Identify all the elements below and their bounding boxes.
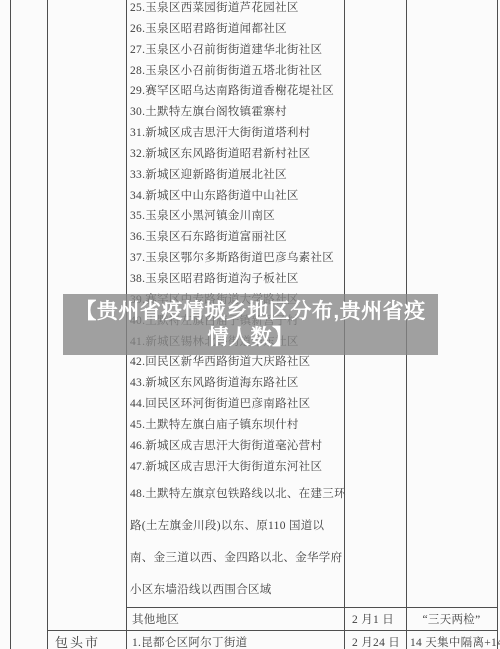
area-list-item: 47.新城区成吉思汗大街街道东河社区 [130, 457, 346, 478]
area-list-item: 31.新城区成吉思汗大街街道塔利村 [130, 123, 346, 144]
caption-title-line1: 【贵州省疫情城乡地区分布,贵州省疫 [75, 299, 425, 325]
area-list-item: 46.新城区成吉思汗大街街道毫沁营村 [130, 436, 346, 457]
area-list-item: 34.新城区中山东路街道中山社区 [130, 186, 346, 207]
baotou-measure-cell: 14 天集中隔离+14 [410, 634, 500, 649]
other-area-measure: “三天两检” [407, 611, 496, 627]
other-area-label: 其他地区 [132, 611, 179, 627]
area-list-item: 33.新城区迎新路街道展北社区 [130, 165, 346, 186]
table-outer-right-border [497, 0, 498, 649]
area-list-item: 45.土默特左旗白庙子镇东坝什村 [130, 415, 346, 436]
area-list-item: 27.玉泉区小召前街街道建华北街社区 [130, 40, 346, 61]
other-area-date: 2 月1 日 [352, 611, 394, 627]
column-divider-index [47, 0, 48, 649]
area-list: 25.玉泉区西菜园街道芦花园社区26.玉泉区昭君路街道闻都社区27.玉泉区小召前… [130, 0, 346, 477]
row-divider-baotou [47, 630, 498, 631]
area-list-item: 35.玉泉区小黑河镇金川南区 [130, 206, 346, 227]
area-list-item: 30.土默特左旗台阁牧镇霍寨村 [130, 102, 346, 123]
baotou-area-cell: 1.昆都仑区阿尔丁街道 [132, 634, 247, 649]
area-list-item: 38.玉泉区昭君路街道沟子板社区 [130, 269, 346, 290]
table-outer-left-border [10, 0, 11, 649]
area-list-item: 37.玉泉区鄂尔多斯路街道巴彦乌素社区 [130, 248, 346, 269]
area-list-item: 29.赛罕区昭乌达南路街道香榭花堤社区 [130, 81, 346, 102]
baotou-city-label: 包头市 [55, 632, 100, 649]
area-list-item: 26.玉泉区昭君路街道闻都社区 [130, 19, 346, 40]
area-list-item: 32.新城区东风路街道昭君新村社区 [130, 144, 346, 165]
caption-overlay-banner: 【贵州省疫情城乡地区分布,贵州省疫 情人数】 [63, 294, 438, 355]
area-list-item: 43.新城区东风路街道海东路社区 [130, 373, 346, 394]
area-list-item: 44.回民区环河街街道巴彦南路社区 [130, 394, 346, 415]
caption-title-line2: 情人数】 [208, 325, 294, 351]
area-list-item: 25.玉泉区西菜园街道芦花园社区 [130, 0, 346, 19]
row-divider-other-area [126, 607, 498, 608]
area-list-item-48: 48.土默特左旗京包铁路线以北、在建三环路(土左旗金川段)以东、原110 国道以… [130, 478, 346, 606]
document-page: 25.玉泉区西菜园街道芦花园社区26.玉泉区昭君路街道闻都社区27.玉泉区小召前… [0, 0, 500, 649]
area-list-item: 36.玉泉区石东路街道富丽社区 [130, 227, 346, 248]
area-list-item: 28.玉泉区小召前街街道五塔北街社区 [130, 61, 346, 82]
area-list-item: 42.回民区新华西路街道大庆路社区 [130, 352, 346, 373]
baotou-date-cell: 2 月24 日 [352, 634, 400, 649]
